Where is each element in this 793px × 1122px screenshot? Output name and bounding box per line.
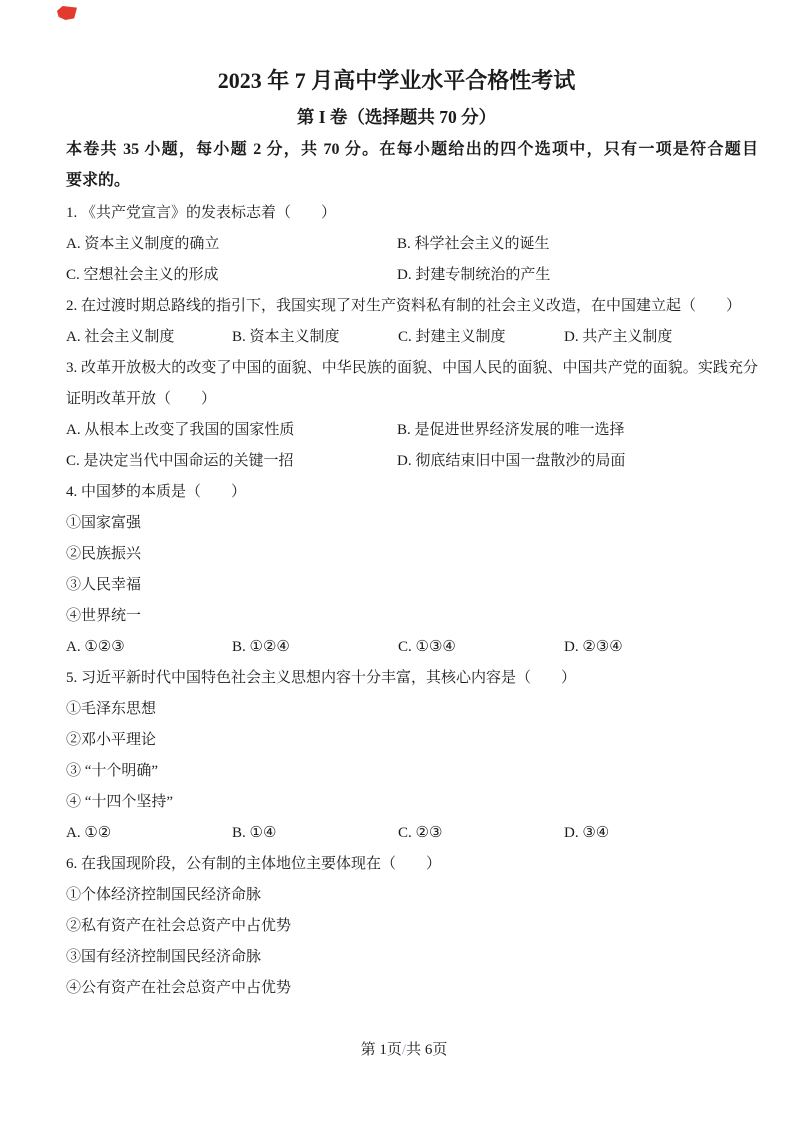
exam-document-page: 2023 年 7 月高中学业水平合格性考试 第 I 卷（选择题共 70 分） 本… (0, 0, 793, 1122)
question-4-stem: 4. 中国梦的本质是（ ） (66, 477, 758, 508)
questions-list: 1. 《共产党宣言》的发表标志着（ ） A. 资本主义制度的确立 B. 科学社会… (66, 198, 758, 1004)
list-item-2: ②邓小平理论 (66, 725, 758, 756)
question-3-stem-line-2: 证明改革开放（ ） (66, 384, 758, 415)
option-b: B. ①②④ (232, 632, 398, 663)
list-item-2: ②私有资产在社会总资产中占优势 (66, 911, 758, 942)
option-a: A. ①②③ (66, 632, 232, 663)
question-2-stem: 2. 在过渡时期总路线的指引下，我国实现了对生产资料私有制的社会主义改造，在中国… (66, 291, 758, 322)
list-item-1: ①个体经济控制国民经济命脉 (66, 880, 758, 911)
red-corner-mark (57, 6, 77, 20)
option-d: D. ②③④ (564, 632, 623, 663)
question-2-options-row-1: A. 社会主义制度 B. 资本主义制度 C. 封建主义制度 D. 共产主义制度 (66, 322, 758, 353)
option-a: A. 社会主义制度 (66, 322, 232, 353)
question-1: 1. 《共产党宣言》的发表标志着（ ） A. 资本主义制度的确立 B. 科学社会… (66, 198, 758, 291)
footer-page-current: 第 1页 (361, 1042, 402, 1058)
exam-title: 2023 年 7 月高中学业水平合格性考试 (0, 66, 793, 95)
option-b: B. ①④ (232, 818, 398, 849)
option-d: D. 彻底结束旧中国一盘散沙的局面 (397, 446, 625, 477)
question-1-options-row-1: A. 资本主义制度的确立 B. 科学社会主义的诞生 (66, 229, 758, 260)
list-item-2: ②民族振兴 (66, 539, 758, 570)
option-d: D. ③④ (564, 818, 609, 849)
option-b: B. 资本主义制度 (232, 322, 398, 353)
question-5-stem: 5. 习近平新时代中国特色社会主义思想内容十分丰富，其核心内容是（ ） (66, 663, 758, 694)
option-c: C. 空想社会主义的形成 (66, 260, 397, 291)
list-item-3: ③ “十个明确” (66, 756, 758, 787)
list-item-3: ③国有经济控制国民经济命脉 (66, 942, 758, 973)
option-c: C. 封建主义制度 (398, 322, 564, 353)
question-3-options-row-1: A. 从根本上改变了我国的国家性质 B. 是促进世界经济发展的唯一选择 (66, 415, 758, 446)
list-item-4: ④世界统一 (66, 601, 758, 632)
exam-instructions: 本卷共 35 小题，每小题 2 分，共 70 分。在每小题给出的四个选项中，只有… (66, 134, 758, 196)
footer-page-total: 共 6页 (406, 1042, 447, 1058)
question-1-options-row-2: C. 空想社会主义的形成 D. 封建专制统治的产生 (66, 260, 758, 291)
question-4: 4. 中国梦的本质是（ ） ①国家富强 ②民族振兴 ③人民幸福 ④世界统一 A.… (66, 477, 758, 663)
question-3-options-row-2: C. 是决定当代中国命运的关键一招 D. 彻底结束旧中国一盘散沙的局面 (66, 446, 758, 477)
list-item-1: ①毛泽东思想 (66, 694, 758, 725)
instructions-line-2: 要求的。 (66, 165, 758, 196)
option-b: B. 科学社会主义的诞生 (397, 229, 550, 260)
exam-body: 本卷共 35 小题，每小题 2 分，共 70 分。在每小题给出的四个选项中，只有… (66, 134, 758, 1004)
instructions-line-1: 本卷共 35 小题，每小题 2 分，共 70 分。在每小题给出的四个选项中，只有… (66, 134, 758, 165)
question-3: 3. 改革开放极大的改变了中国的面貌、中华民族的面貌、中国人民的面貌、中国共产党… (66, 353, 758, 477)
page-footer: 第 1页/共 6页 (0, 1017, 793, 1083)
section-heading: 第 I 卷（选择题共 70 分） (0, 104, 793, 130)
option-a: A. 从根本上改变了我国的国家性质 (66, 415, 397, 446)
option-b: B. 是促进世界经济发展的唯一选择 (397, 415, 625, 446)
question-3-stem-line-1: 3. 改革开放极大的改变了中国的面貌、中华民族的面貌、中国人民的面貌、中国共产党… (66, 353, 758, 384)
list-item-4: ④公有资产在社会总资产中占优势 (66, 973, 758, 1004)
list-item-1: ①国家富强 (66, 508, 758, 539)
question-2: 2. 在过渡时期总路线的指引下，我国实现了对生产资料私有制的社会主义改造，在中国… (66, 291, 758, 353)
question-6: 6. 在我国现阶段，公有制的主体地位主要体现在（ ） ①个体经济控制国民经济命脉… (66, 849, 758, 1004)
question-5-options-row-1: A. ①② B. ①④ C. ②③ D. ③④ (66, 818, 758, 849)
option-d: D. 封建专制统治的产生 (397, 260, 550, 291)
option-c: C. ②③ (398, 818, 564, 849)
question-4-options-row-1: A. ①②③ B. ①②④ C. ①③④ D. ②③④ (66, 632, 758, 663)
question-6-stem: 6. 在我国现阶段，公有制的主体地位主要体现在（ ） (66, 849, 758, 880)
question-5: 5. 习近平新时代中国特色社会主义思想内容十分丰富，其核心内容是（ ） ①毛泽东… (66, 663, 758, 849)
option-a: A. 资本主义制度的确立 (66, 229, 397, 260)
list-item-3: ③人民幸福 (66, 570, 758, 601)
option-c: C. 是决定当代中国命运的关键一招 (66, 446, 397, 477)
question-1-stem: 1. 《共产党宣言》的发表标志着（ ） (66, 198, 758, 229)
option-d: D. 共产主义制度 (564, 322, 672, 353)
list-item-4: ④ “十四个坚持” (66, 787, 758, 818)
option-c: C. ①③④ (398, 632, 564, 663)
option-a: A. ①② (66, 818, 232, 849)
